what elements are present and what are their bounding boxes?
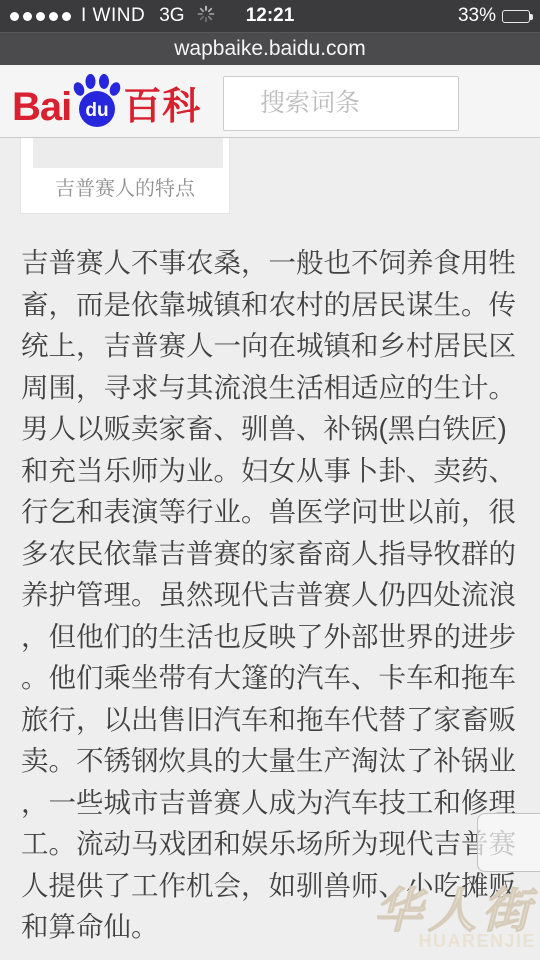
text-line: 男人以贩卖家畜、驯兽、补锅(黑白铁匠) <box>21 408 521 450</box>
text-line: 和算命仙。 <box>21 906 521 948</box>
browser-address-bar[interactable]: wapbaike.baidu.com <box>0 32 540 65</box>
thumbnail-caption: 吉普赛人的特点 <box>21 172 229 201</box>
text-line: 吉普赛人不事农桑，一般也不饲养食用牲 <box>21 242 521 284</box>
text-line: 卖。不锈钢炊具的大量生产淘汰了补锅业 <box>21 740 521 782</box>
status-bar: I WIND 3G 12:21 33% <box>0 0 540 32</box>
article-thumbnail-card[interactable]: 吉普赛人的特点 <box>20 138 230 214</box>
text-line: 旅行，以出售旧汽车和拖车代替了家畜贩 <box>21 699 521 741</box>
text-line: 行乞和表演等行业。兽医学问世以前，很 <box>21 491 521 533</box>
text-line: 多农民依靠吉普赛的家畜商人指导牧群的 <box>21 533 521 575</box>
text-line: 畜，而是依靠城镇和农村的居民谋生。传 <box>21 284 521 326</box>
battery-percent-label: 33% <box>458 5 496 27</box>
text-line: ，但他们的生活也反映了外部世界的进步 <box>21 616 521 658</box>
text-line: 养护管理。虽然现代吉普赛人仍四处流浪 <box>21 574 521 616</box>
battery-icon <box>502 10 530 23</box>
article-body: 吉普赛人不事农桑，一般也不饲养食用牲 畜，而是依靠城镇和农村的居民谋生。传 统上… <box>21 242 521 948</box>
phone-screen: I WIND 3G 12:21 33% <box>0 0 540 960</box>
baidu-paw-icon: du <box>69 73 125 131</box>
logo-baike-text: 百科 <box>123 83 201 131</box>
text-line: 。他们乘坐带有大篷的汽车、卡车和拖车 <box>21 657 521 699</box>
logo-bai-text: Bai <box>12 83 71 131</box>
thumbnail-image-placeholder <box>33 138 223 168</box>
site-header: Bai du 百科 <box>0 65 540 138</box>
url-label: wapbaike.baidu.com <box>174 37 365 61</box>
search-input[interactable] <box>223 76 459 131</box>
text-line: 统上，吉普赛人一向在城镇和乡村居民区 <box>21 325 521 367</box>
text-line: ，一些城市吉普赛人成为汽车技工和修理 <box>21 782 521 824</box>
text-line: 周围，寻求与其流浪生活相适应的生计。 <box>21 367 521 409</box>
text-line: 人提供了工作机会，如驯兽师、小吃摊贩 <box>21 865 521 907</box>
baidu-baike-logo[interactable]: Bai du 百科 <box>12 75 201 131</box>
svg-text:du: du <box>86 100 109 121</box>
floating-side-panel[interactable] <box>477 813 540 872</box>
text-line: 工。流动马戏团和娱乐场所为现代吉普赛 <box>21 823 521 865</box>
text-line: 和充当乐师为业。妇女从事卜卦、卖药、 <box>21 450 521 492</box>
